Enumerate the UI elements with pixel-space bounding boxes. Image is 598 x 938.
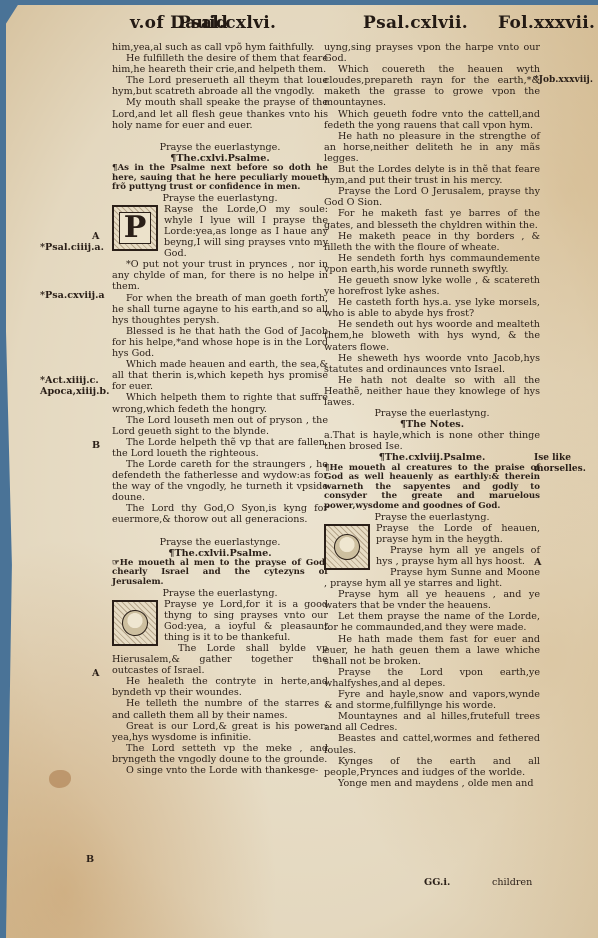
verse: He sendeth out hys woorde and mealteth t… xyxy=(324,319,540,352)
praise-line: Prayse the euerlastynge. xyxy=(112,142,328,153)
psalm-title: ¶The.cxlviij.Psalme. xyxy=(324,452,540,463)
cross-reference: *Act.xiiij.c. xyxy=(40,375,99,386)
right-column: uyng,sing prayses vpon the harpe vnto ou… xyxy=(324,42,540,789)
psalm-argument: ¶As in the Psalme next before so doth he… xyxy=(112,164,328,193)
verse: Mountaynes and al hilles,frutefull trees… xyxy=(324,711,540,733)
decorated-initial-p: P xyxy=(112,205,158,251)
verse: The Lord thy God,O Syon,is kyng for euer… xyxy=(112,503,328,525)
verse: Yonge men and maydens , olde men and xyxy=(324,778,540,789)
verse: The Lord setteth vp the meke , and bryng… xyxy=(112,743,328,765)
margin-letter: A xyxy=(92,668,99,679)
verse: The Lorde careth for the straungers , he… xyxy=(112,459,328,503)
margin-letter: A xyxy=(534,557,541,568)
verse: him,yea,al such as call vpõ hym faithful… xyxy=(112,42,328,53)
verse: He telleth the numbre of the starres , a… xyxy=(112,698,328,720)
verse: He fulfilleth the desire of them that fe… xyxy=(112,53,328,75)
folio-number: Fol.xxxvii. xyxy=(498,13,595,33)
cross-reference: Apoca,xiiij.b. xyxy=(40,386,109,397)
margin-gloss: Ise like morselles. xyxy=(534,453,588,475)
margin-letter: B xyxy=(86,854,94,865)
verse: For he maketh fast ye barres of the gate… xyxy=(324,208,540,230)
verse: Which couereth the heauen wyth cloudes,p… xyxy=(324,64,540,108)
cross-reference: *Psal.ciiij.a. xyxy=(40,242,104,253)
verse: He sendeth forth hys commaundemente vpon… xyxy=(324,253,540,275)
cross-reference: *Psa.cxviij.a xyxy=(40,290,105,301)
praise-line: Prayse the euerlastyng. xyxy=(112,193,328,204)
cross-reference: *Job.xxxviij. xyxy=(534,75,593,86)
book-page: v.of Dauid Psal.cxlvi. Psal.cxlvii. Fol.… xyxy=(6,5,598,938)
verse: Kynges of the earth and all people,Prync… xyxy=(324,756,540,778)
verse: Fyre and hayle,snow and vapors,wynde & a… xyxy=(324,689,540,711)
verse: uyng,sing prayses vpon the harpe vnto ou… xyxy=(324,42,540,64)
margin-letter: A xyxy=(92,231,99,242)
verse: The Lorde helpeth thẽ vp that are fallen… xyxy=(112,437,328,459)
verse: The Lord preserueth all theym that loue … xyxy=(112,75,328,97)
verse: O singe vnto the Lorde with thankesge- xyxy=(112,765,328,776)
praise-line: Prayse the euerlastyng. xyxy=(324,408,540,419)
verse: Which helpeth them to righte that suffre… xyxy=(112,392,328,414)
decorated-initial-o-portrait xyxy=(112,600,158,646)
verse: Prayse hym Sunne and Moone , prayse hym … xyxy=(324,567,540,589)
note-text: a.That is hayle,which is none other thin… xyxy=(324,430,540,452)
verse: Which made heauen and earth, the sea,& a… xyxy=(112,359,328,392)
psalm-number-right: Psal.cxlvii. xyxy=(363,13,468,33)
verse: For when the breath of man goeth forth, … xyxy=(112,293,328,326)
verse: He maketh peace in thy borders , & fille… xyxy=(324,231,540,253)
verse: Prayse hym all ye heauens , and ye water… xyxy=(324,589,540,611)
margin-letter: B xyxy=(92,440,100,451)
verse: Blessed is he that hath the God of Jacob… xyxy=(112,326,328,359)
decorated-initial-o-portrait xyxy=(324,524,370,570)
verse: But the Lordes delyte is in thẽ that fea… xyxy=(324,164,540,186)
verse: Prayse the Lord O Jerusalem, prayse thy … xyxy=(324,186,540,208)
verse: Which geueth fodre vnto the cattell,and … xyxy=(324,109,540,131)
portrait-icon xyxy=(334,534,360,560)
psalm-number-left: Psal.cxlvi. xyxy=(178,13,276,33)
verse: Prayse the Lord vpon earth,ye whalfyshes… xyxy=(324,667,540,689)
verse: Great is our Lord,& great is his power: … xyxy=(112,721,328,743)
verse: He healeth the contryte in herte,and byn… xyxy=(112,676,328,698)
verse: Let them prayse the name of the Lorde, f… xyxy=(324,611,540,633)
verse: The Lorde shall bylde vp Hierusalem,& ga… xyxy=(112,643,328,676)
signature-mark: GG.i. xyxy=(424,877,450,888)
verse: He hath no pleasure in the strengthe of … xyxy=(324,131,540,164)
praise-line: Prayse the euerlastyng. xyxy=(112,588,328,599)
left-column: him,yea,al such as call vpõ hym faithful… xyxy=(112,42,328,776)
verse: The Lord louseth men out of pryson , the… xyxy=(112,415,328,437)
verse: He casteth forth hys.a. yse lyke morsels… xyxy=(324,297,540,319)
water-stain xyxy=(49,770,71,788)
portrait-icon xyxy=(122,610,148,636)
verse: He sheweth hys woorde vnto Jacob,hys sta… xyxy=(324,353,540,375)
catchword: children xyxy=(492,877,532,888)
verse: My mouth shall speake the prayse of the … xyxy=(112,97,328,130)
praise-line: Prayse the euerlastynge. xyxy=(112,537,328,548)
verse: He hath made them fast for euer and euer… xyxy=(324,634,540,667)
verse: Beastes and cattel,wormes and fethered f… xyxy=(324,733,540,755)
notes-title: ¶The Notes. xyxy=(324,419,540,430)
praise-line: Prayse the euerlastyng. xyxy=(324,512,540,523)
psalm-argument: ☞He moueth al men to the prayse of God, … xyxy=(112,559,328,588)
verse: He hath not dealte so with all the Heath… xyxy=(324,375,540,408)
psalm-argument: ¶He moueth al creatures to the praise of… xyxy=(324,464,540,512)
verse: *O put not your trust in prynces , nor i… xyxy=(112,259,328,292)
verse: He geueth snow lyke wolle , & scatereth … xyxy=(324,275,540,297)
